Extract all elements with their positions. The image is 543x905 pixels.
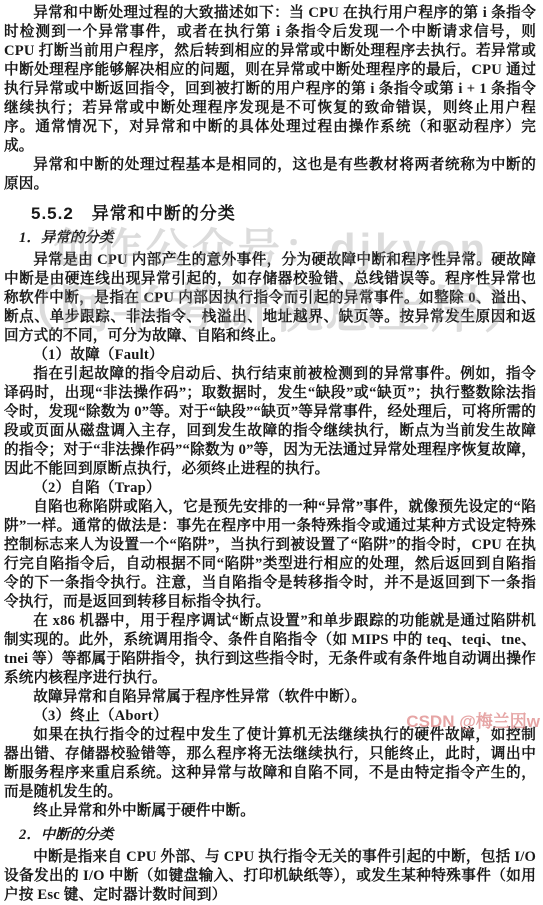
document-page: 异常和中断处理过程的大致描述如下：当 CPU 在执行用户程序的第 i 条指令时检…: [0, 0, 543, 751]
abort-item-label: （3）终止（Abort）: [4, 707, 536, 726]
abort-paragraph-1: 如果在执行指令的过程中发生了使计算机无法继续执行的硬件故障，如控制器出错、存储器…: [4, 726, 536, 751]
fault-item-label: （1）故障（Fault）: [4, 346, 536, 365]
intro-paragraph: 异常和中断处理过程的大致描述如下：当 CPU 在执行用户程序的第 i 条指令时检…: [4, 4, 536, 156]
trap-paragraph-3: 故障异常和自陷异常属于程序性异常（软件中断）。: [4, 688, 536, 707]
trap-item-label: （2）自陷（Trap）: [4, 479, 536, 498]
trap-paragraph-2: 在 x86 机器中，用于程序调试“断点设置”和单步跟踪的功能就是通过陷阱机制实现…: [4, 612, 536, 688]
summary-paragraph: 异常和中断的处理过程基本是相同的，这也是有些教材将两者统称为中断的原因。: [4, 156, 536, 194]
section-heading: 5.5.2 异常和中断的分类: [4, 203, 536, 224]
fault-paragraph: 指在引起故障的指令启动后、执行结束前被检测到的异常事件。例如，指令译码时，出现“…: [4, 365, 536, 479]
subsection-1-heading: 1．异常的分类: [4, 229, 536, 247]
trap-paragraph-1: 自陷也称陷阱或陷入，它是预先安排的一种“异常”事件，就像预先设定的“陷阱”一样。…: [4, 498, 536, 612]
exception-classification-paragraph: 异常是由 CPU 内部产生的意外事件，分为硬故障中断和程序性异常。硬故障中断是由…: [4, 251, 536, 346]
